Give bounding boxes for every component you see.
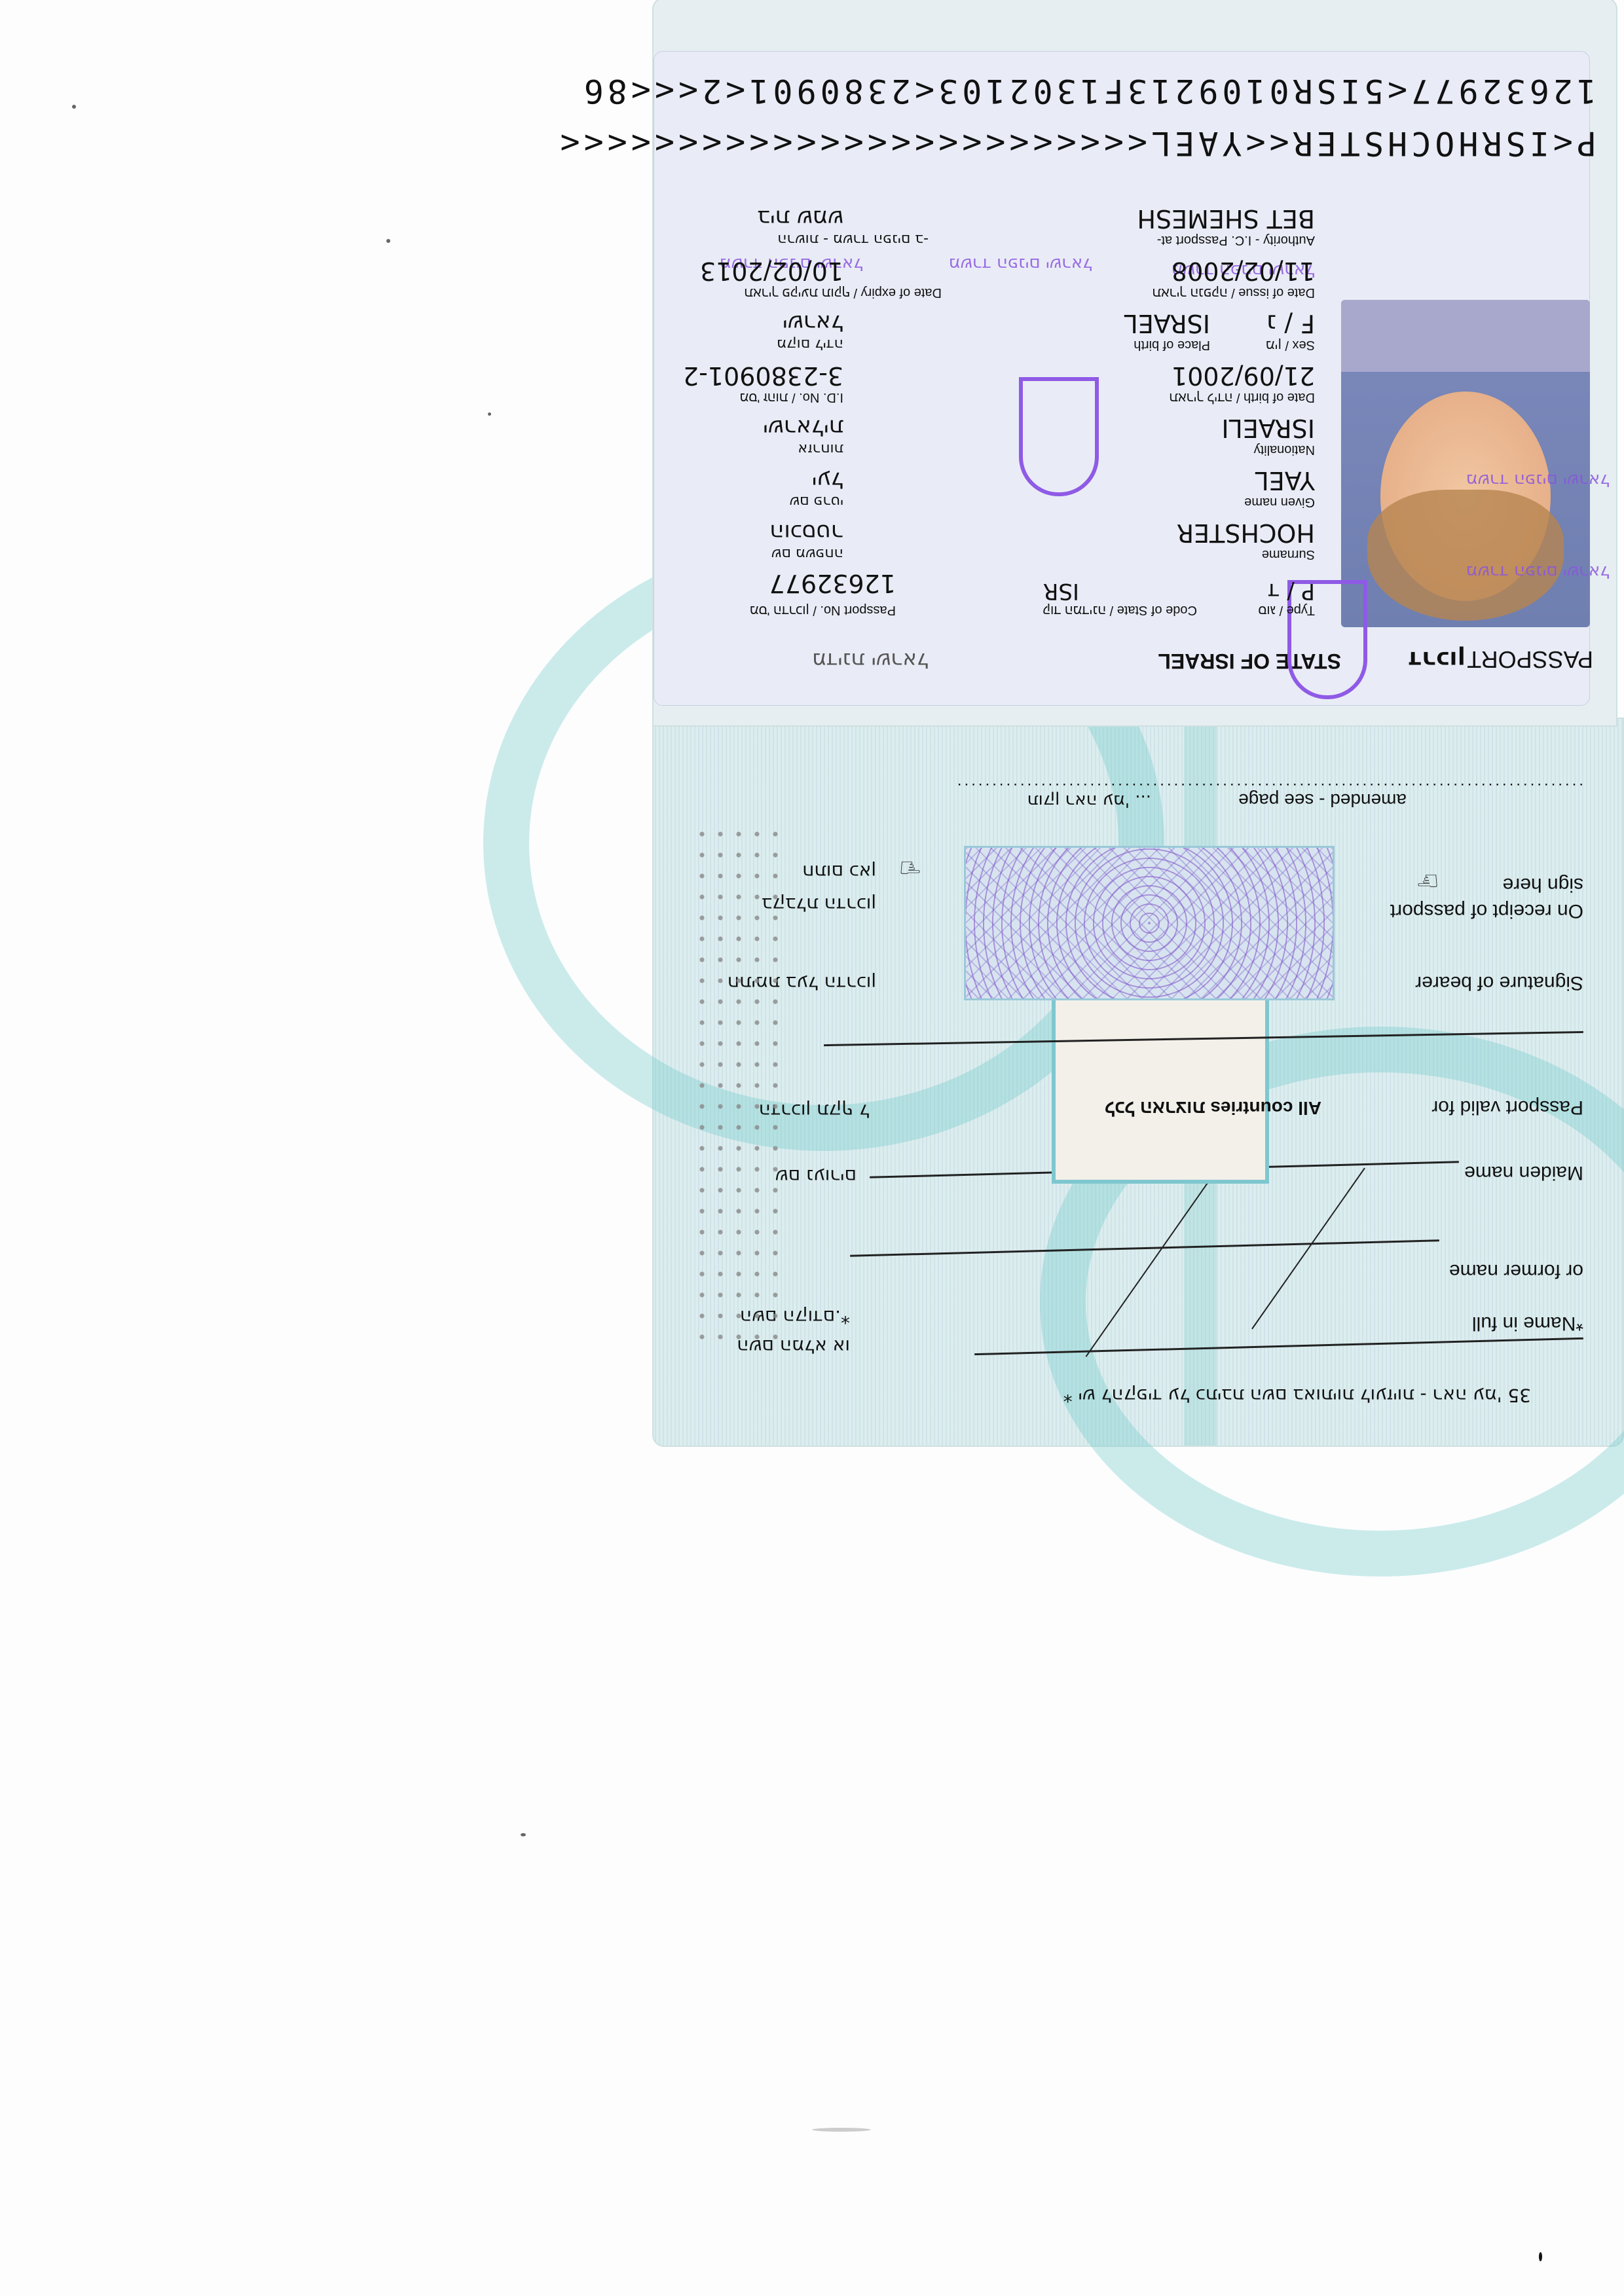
passport-title-he: דרכון <box>1408 646 1466 673</box>
surname-value: HOCHSTER <box>1177 519 1315 547</box>
authority-label: Authority - I.C. Passport at- <box>1157 232 1315 247</box>
maiden-name-label: Maiden name <box>1464 1161 1583 1184</box>
nationality-value: ISRAELI <box>1221 414 1315 443</box>
ministry-stamp: משרד הפנים ישראל <box>1466 470 1610 490</box>
signature-page: * יש להקפיד על כתיבת השם באותיות לועזיות… <box>652 718 1624 1447</box>
name-in-full-label: *Name in full <box>1472 1312 1583 1334</box>
given-name-he-label: שם פרטי <box>789 493 843 509</box>
hair <box>1367 490 1564 621</box>
authority-he-label: הרשות - משרד הפנים ב- <box>777 231 929 247</box>
type-label: Type / סוג <box>1258 602 1315 617</box>
pob-value: ISRAEL <box>1124 309 1210 338</box>
pointing-hand-icon: ☞ <box>1416 866 1439 896</box>
footer-note: * יש להקפיד על כתיבת השם באותיות לועזיות… <box>1063 1385 1531 1406</box>
id-label: I.D. No. / מס' זהות <box>740 390 843 405</box>
surname-label: Surname <box>1262 547 1315 562</box>
scan-speck <box>488 412 491 416</box>
scan-speck <box>1539 2252 1542 2261</box>
maiden-he-label: שם נעורים <box>775 1165 857 1187</box>
given-name-he-value: יעל <box>812 467 843 493</box>
pob-label: Place of birth <box>1134 337 1210 352</box>
nationality-he-label: אזרחות <box>798 441 843 457</box>
valid-for-label: Passport valid for <box>1431 1096 1583 1118</box>
sign-here-label: sign here <box>1503 873 1583 896</box>
mrz-line-2: 12632977<5ISR0109213F1302103<2380901<2<<… <box>580 72 1596 110</box>
issue-date-value: 11/02/2008 <box>1172 257 1315 285</box>
scan-speck <box>521 1833 526 1836</box>
former-name-label: or former name <box>1449 1260 1583 1282</box>
receipt-label: On receipt of passport <box>1390 900 1583 922</box>
state-title-he: מדינת ישראל <box>812 648 929 673</box>
nationality-label: Nationality <box>1254 442 1315 457</box>
passport-no-label: Passport No. / מס' הדרכון <box>750 602 896 617</box>
mrz-line-1: P<ISRHOCHSTER<<YAEL<<<<<<<<<<<<<<<<<<<<<… <box>556 124 1596 162</box>
pointing-hand-icon: ☜ <box>898 852 922 883</box>
issue-date-label: Date of issue / תאריך הנפקה <box>1152 285 1315 300</box>
dob-value: 21/09/2001 <box>1172 361 1315 390</box>
signature-box[interactable] <box>964 846 1335 1000</box>
menorah-stamp <box>1019 377 1099 496</box>
dotted-line: ........................................… <box>955 779 1583 797</box>
sex-label: Sex / מין <box>1266 337 1315 352</box>
dob-label: Date of birth / תאריך לידה <box>1169 390 1315 405</box>
pob-he-value: ישראל <box>783 310 843 336</box>
perforated-number <box>693 824 784 1347</box>
ministry-stamp: משרד הפנים ישראל <box>949 254 1092 274</box>
nationality-he-value: ישראלית <box>763 414 843 441</box>
expiry-date-label: Date of expiry / תאריך פקיעת תוקף <box>744 285 942 300</box>
pob-he-label: מקום לידה <box>777 336 843 352</box>
clothing <box>1341 300 1590 372</box>
sex-value: F / נ <box>1266 309 1315 338</box>
surname-he-label: שם משפחה <box>771 545 843 562</box>
expiry-date-value: 10/02/2013 <box>700 257 843 285</box>
code-value: ISR <box>1043 578 1079 604</box>
scan-speck <box>812 2128 871 2132</box>
authority-he-value: בית שמש <box>757 205 843 231</box>
passport-no-value: 12632977 <box>769 569 896 598</box>
ministry-stamp: משרד הפנים ישראל <box>1466 562 1610 581</box>
given-name-label: Given name <box>1244 494 1315 509</box>
given-name-value: YAEL <box>1255 466 1315 495</box>
scan-speck <box>72 105 76 109</box>
type-value: P / ד <box>1268 578 1315 604</box>
authority-value: BET SHEMESH <box>1137 204 1315 233</box>
passport-title: PASSPORT <box>1467 646 1593 673</box>
signature-label: Signature of bearer <box>1415 972 1583 994</box>
passport-scan: * יש להקפיד על כתיבת השם באותיות לועזיות… <box>655 0 1624 1447</box>
id-value: 3-2380901-2 <box>683 361 843 390</box>
code-label: Code of State / קוד המדינה <box>1043 602 1197 617</box>
data-page: PASSPORT דרכון STATE OF ISRAEL מדינת ישר… <box>652 0 1617 727</box>
surname-he-value: הוכסטר <box>769 519 843 545</box>
scan-speck <box>386 239 390 243</box>
valid-for-value: All countries לכל הארצות <box>1105 1097 1321 1118</box>
sign-here-he-label: חתום כאן <box>802 861 876 883</box>
